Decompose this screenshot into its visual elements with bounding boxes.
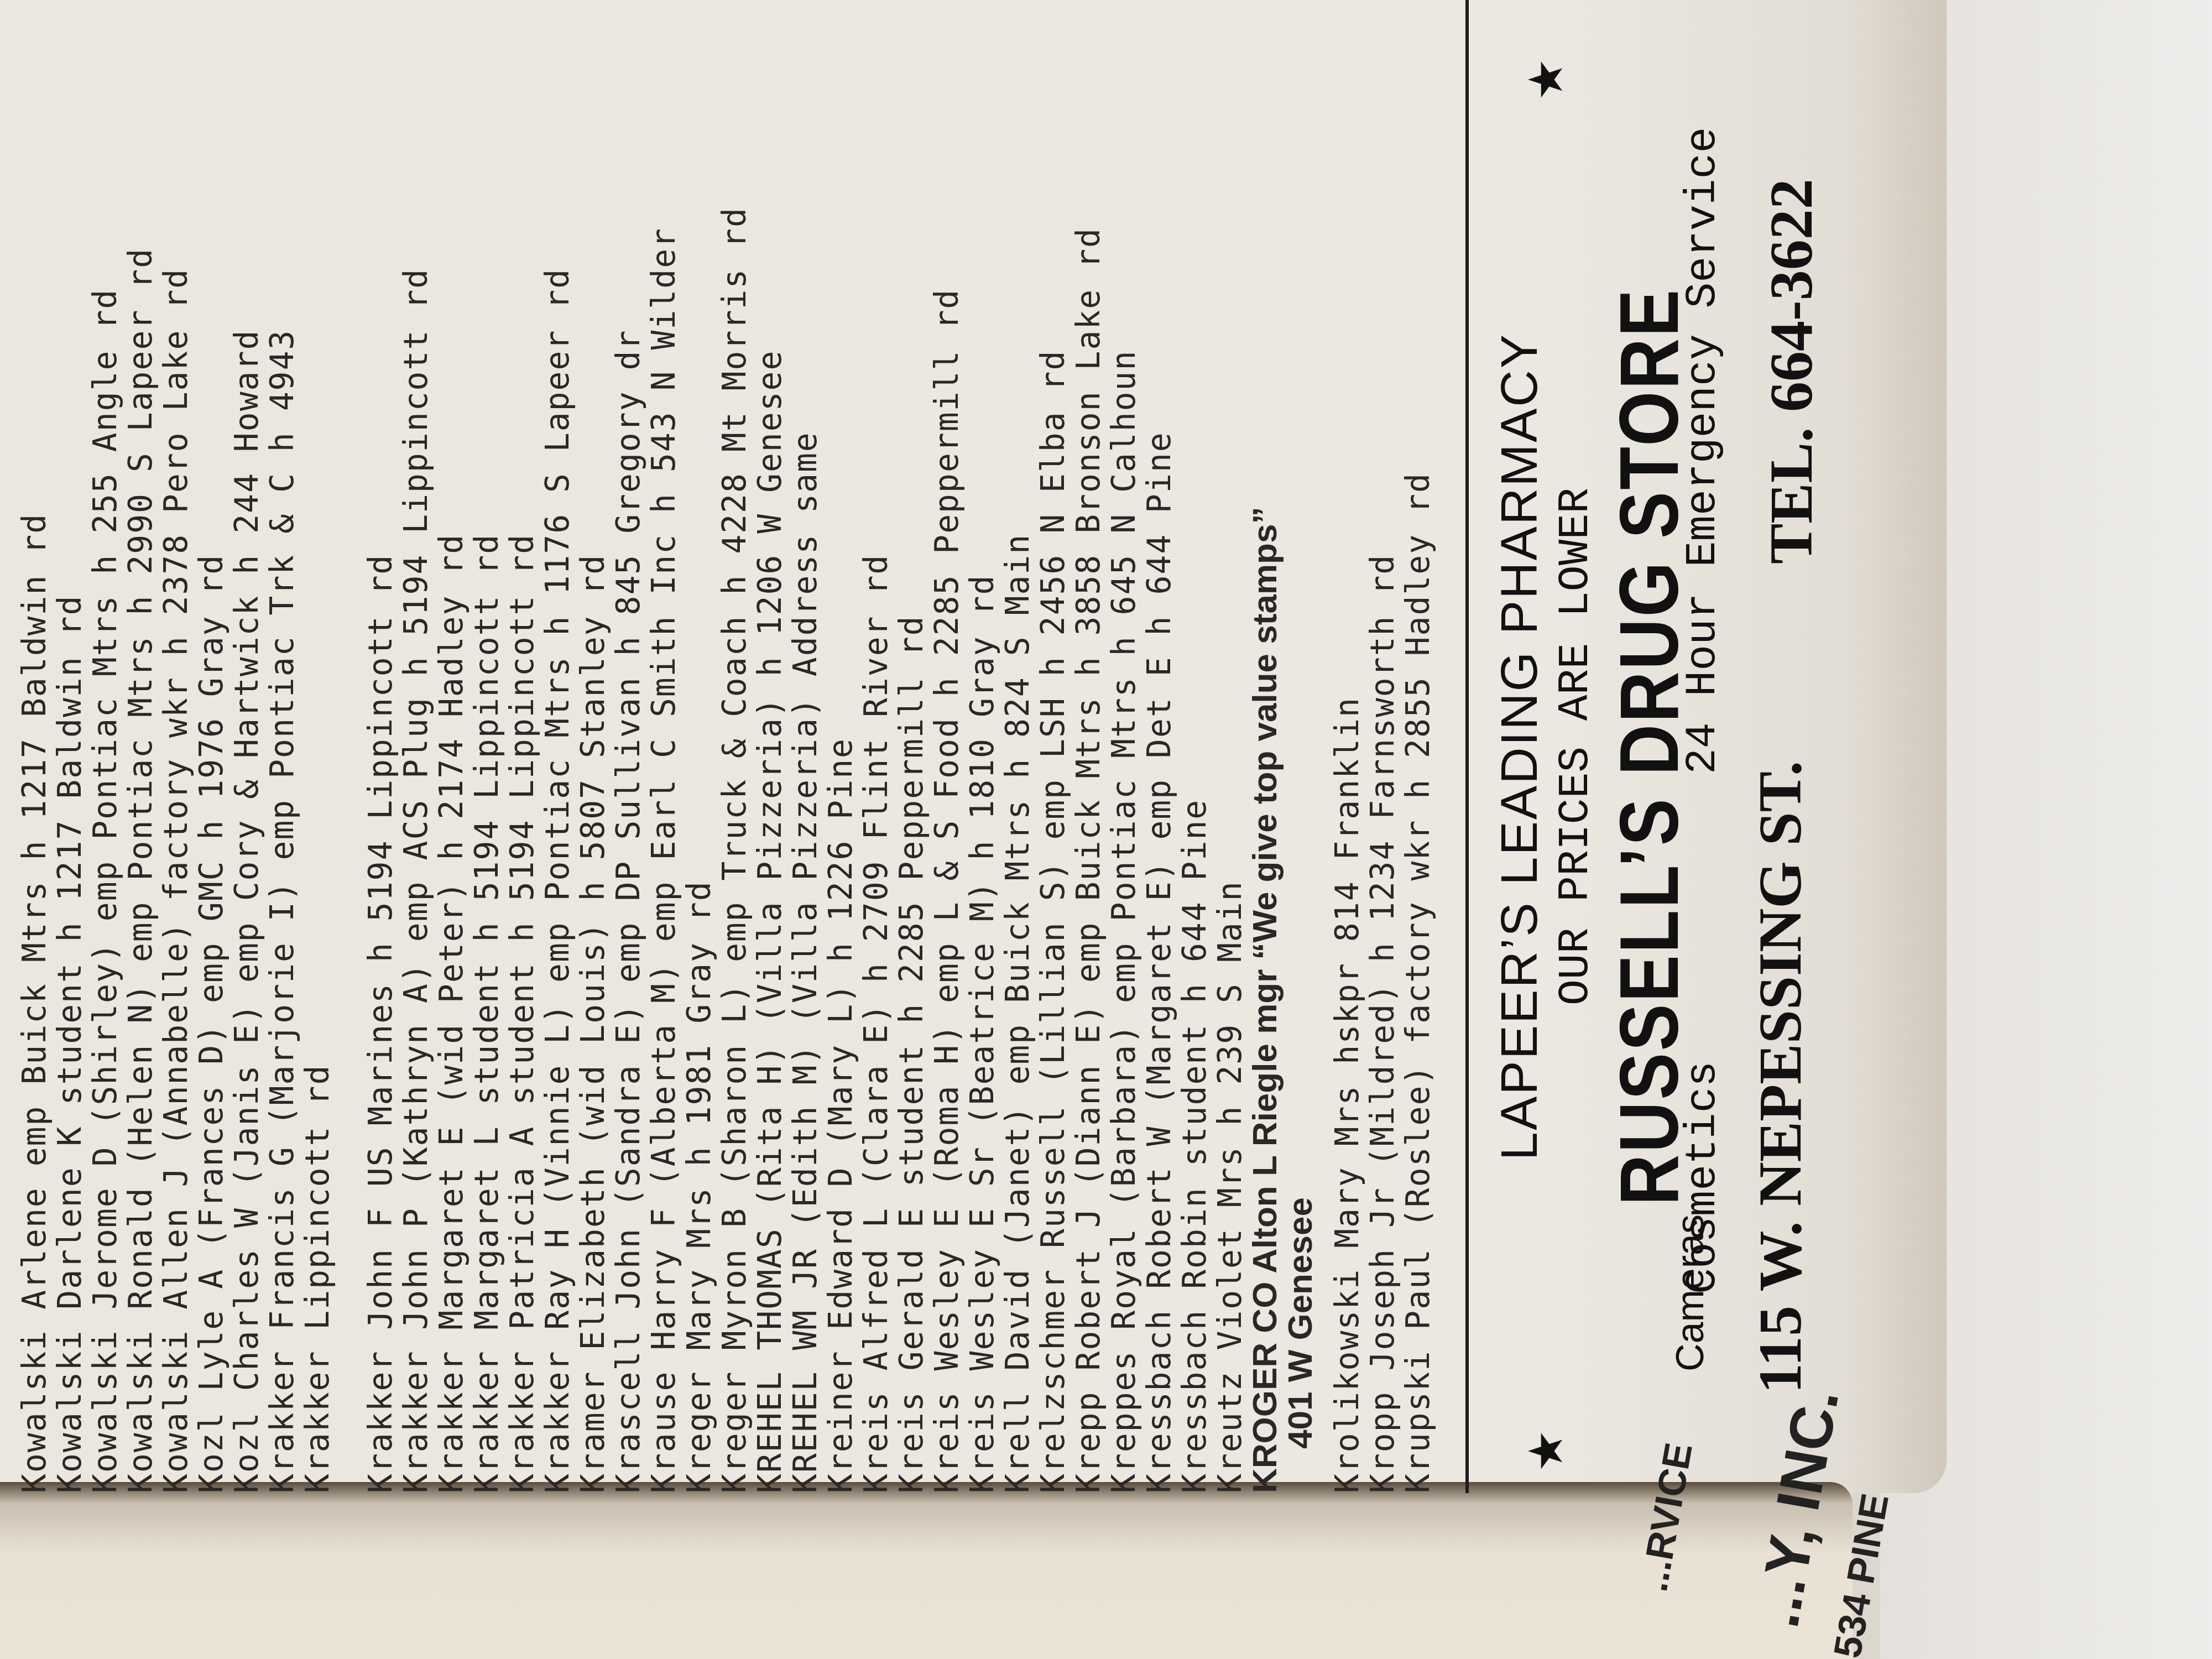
listing-entry: KREHEL THOMAS (Rita H) (Villa Pizzeria) … [752, 0, 787, 1493]
kroger-listing: KROGER CO Alton L Riegle mgr “We give to… [1248, 0, 1283, 1493]
listing-entry: Kreppes Royal (Barbara) emp Pontiac Mtrs… [1106, 0, 1141, 1493]
directory-listing: Kowalski Arlene emp Buick Mtrs h 1217 Ba… [17, 0, 1436, 1493]
listing-entry: Kreger Myron B (Sharon L) emp Truck & Co… [717, 0, 752, 1493]
listing-entry: Krause Harry F (Alberta M) emp Earl C Sm… [646, 0, 681, 1493]
listing-entry: Kowalski Allen J (Annabelle) factory wkr… [158, 0, 194, 1493]
listing-entry: Krakker Francis G (Marjorie I) emp Ponti… [264, 0, 300, 1493]
listing-entry: Krepp Robert J (Diann E) emp Buick Mtrs … [1071, 0, 1106, 1493]
listing-entry: Krakker Patricia A student h 5194 Lippin… [504, 0, 540, 1493]
ad-subhead: OUR PRICES ARE LOWER [1552, 0, 1600, 1493]
listing-entry: Krakker Ray H (Vinnie L) emp Pontiac Mtr… [540, 0, 575, 1493]
ad-phone: TEL. 664-3622 [1756, 179, 1827, 564]
listing-entry: Kramer Elizabeth (wid Louis) h 5807 Stan… [575, 0, 611, 1493]
listing-entry: Kowalski Jerome D (Shirley) emp Pontiac … [87, 0, 123, 1493]
ad-feature-cosmetics: Cosmetics [1679, 1061, 1728, 1294]
listing-entry: Krell David (Janet) emp Buick Mtrs h 824… [1000, 0, 1035, 1493]
listing-entry: Krakker Lippincott rd [300, 0, 335, 1493]
listing-entry: Kreutz Violet Mrs h 239 S Main [1212, 0, 1248, 1493]
listing-entry: Krakker Margaret E (wid Peter) h 2174 Ha… [434, 0, 469, 1493]
listing-entry: Kreis Alfred L (Clara E) h 2709 Flint Ri… [858, 0, 894, 1493]
star-icon: ★ [1502, 60, 1579, 100]
listing-entry: Kreger Mary Mrs h 1981 Gray rd [681, 0, 717, 1493]
listing-entry: Krakker John F US Marines h 5194 Lippinc… [363, 0, 398, 1493]
listing-entry: Krelzschmer Russell (Lillian S) emp LSH … [1035, 0, 1071, 1493]
kroger-address: 401 W Genesee [1283, 0, 1318, 1493]
star-icon: ★ [1502, 1431, 1579, 1471]
listing-entry: Krascell John (Sandra E) emp DP Sullivan… [611, 0, 646, 1493]
listing-entry: Kozl Lyle A (Frances D) emp GMC h 1976 G… [194, 0, 229, 1493]
ad-headline: LAPEER’S LEADING PHARMACY [1491, 0, 1549, 1493]
russells-drug-store-ad: LAPEER’S LEADING PHARMACY OUR PRICES ARE… [1465, 0, 1889, 1493]
listing-entry: Kowalski Darlene K student h 1217 Baldwi… [52, 0, 87, 1493]
listing-entry: Kressbach Robin student h 644 Pine [1177, 0, 1212, 1493]
listing-entry: Kropp Joseph Jr (Mildred) h 1234 Farnswo… [1365, 0, 1400, 1493]
listing-entry: Kowalski Ronald (Helen N) emp Pontiac Mt… [123, 0, 158, 1493]
ad-feature-emergency: 24 Hour Emergency Service [1679, 127, 1728, 774]
ad-address: 115 W. NEPESSING ST. [1745, 761, 1815, 1394]
listing-entry: Krolikowski Mary Mrs hskpr 814 Franklin [1329, 0, 1365, 1493]
facing-page [0, 1482, 1853, 1659]
listing-entry: Kowalski Arlene emp Buick Mtrs h 1217 Ba… [17, 0, 52, 1493]
listing-entry: Krakker Margaret L student h 5194 Lippin… [469, 0, 504, 1493]
listing-entry: Krakker John P (Kathryn A) emp ACS Plug … [398, 0, 434, 1493]
listing-entry: Kreis Wesley E Sr (Beatrice M) h 1810 Gr… [964, 0, 1000, 1493]
listing-entry: Kreiner Edward D (Mary L) h 1226 Pine [823, 0, 858, 1493]
listing-entry: Kreis Gerald E student h 2285 Peppermill… [894, 0, 929, 1493]
listing-entry: Kreis Wesley E (Roma H) emp L & S Food h… [929, 0, 964, 1493]
rotated-page-content: Kowalski Arlene emp Buick Mtrs h 1217 Ba… [0, 0, 1880, 1493]
listing-entry: Kozl Charles W (Janis E) emp Cory & Hart… [229, 0, 264, 1493]
listing-entry: Kressbach Robert W (Margaret E) emp Det … [1141, 0, 1177, 1493]
listing-entry: Krupski Paul (Roslee) factory wkr h 2855… [1400, 0, 1436, 1493]
listing-entry: KREHEL WM JR (Edith M) (Villa Pizzeria) … [787, 0, 823, 1493]
